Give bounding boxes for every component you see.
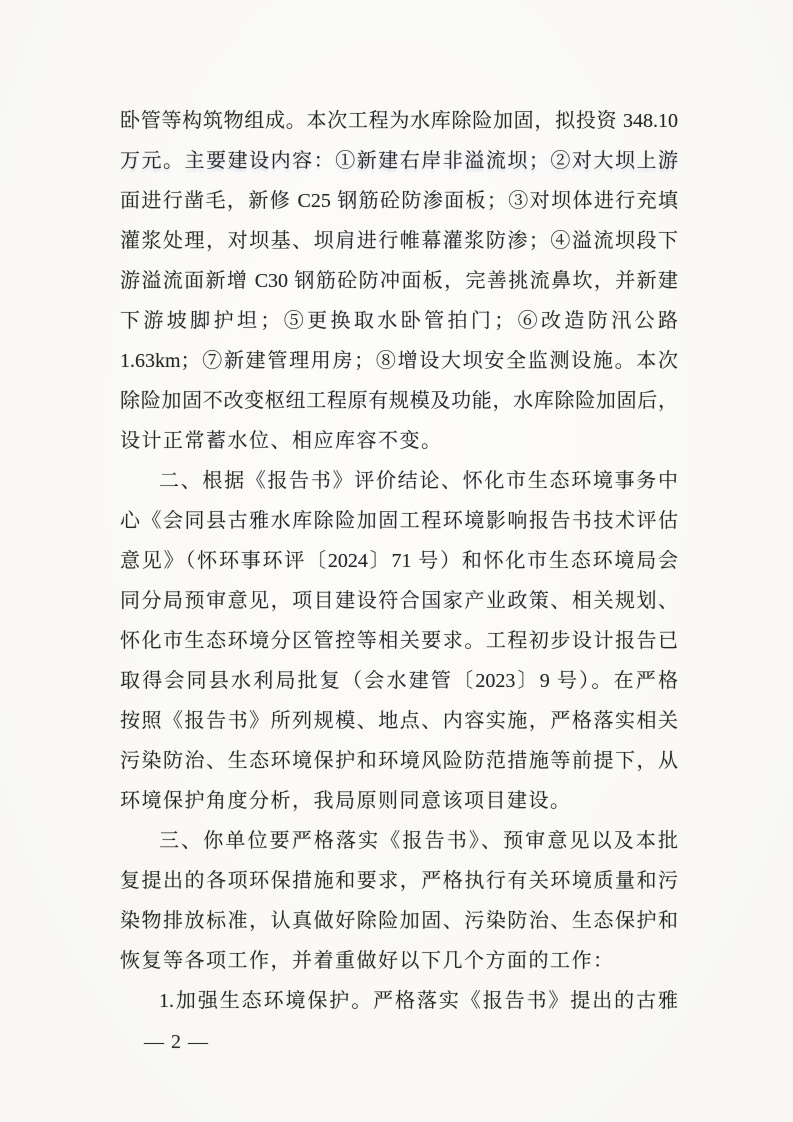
- text-line: 设计正常蓄水位、相应库容不变。: [120, 421, 678, 461]
- text-line: 面进行凿毛，新修 C25 钢筋砼防渗面板；③对坝体进行充填: [120, 181, 678, 221]
- text-line: 下游坡脚护坦；⑤更换取水卧管拍门；⑥改造防汛公路: [120, 301, 678, 341]
- text-line: 怀化市生态环境分区管控等相关要求。工程初步设计报告已: [120, 621, 678, 661]
- text-line: 三、你单位要严格落实《报告书》、预审意见以及本批: [120, 821, 678, 861]
- text-line: 心《会同县古雅水库除险加固工程环境影响报告书技术评估: [120, 501, 678, 541]
- text-line: 环境保护角度分析，我局原则同意该项目建设。: [120, 781, 678, 821]
- text-line: 卧管等构筑物组成。本次工程为水库除险加固，拟投资 348.10: [120, 101, 678, 141]
- text-line: 二、根据《报告书》评价结论、怀化市生态环境事务中: [120, 461, 678, 501]
- document-body: 卧管等构筑物组成。本次工程为水库除险加固，拟投资 348.10 万元。主要建设内…: [120, 101, 678, 1021]
- text-line: 污染防治、生态环境保护和环境风险防范措施等前提下，从: [120, 741, 678, 781]
- text-line: 1.63km；⑦新建管理用房；⑧增设大坝安全监测设施。本次: [120, 341, 678, 381]
- text-line: 取得会同县水利局批复（会水建管〔2023〕9 号）。在严格: [120, 661, 678, 701]
- text-line: 复提出的各项环保措施和要求，严格执行有关环境质量和污: [120, 861, 678, 901]
- text-line: 按照《报告书》所列规模、地点、内容实施，严格落实相关: [120, 701, 678, 741]
- document-page: 卧管等构筑物组成。本次工程为水库除险加固，拟投资 348.10 万元。主要建设内…: [0, 0, 793, 1122]
- text-line: 万元。主要建设内容：①新建右岸非溢流坝；②对大坝上游: [120, 141, 678, 181]
- text-line: 意见》（怀环事环评〔2024〕71 号）和怀化市生态环境局会: [120, 541, 678, 581]
- text-line: 游溢流面新增 C30 钢筋砼防冲面板，完善挑流鼻坎，并新建: [120, 261, 678, 301]
- text-line: 同分局预审意见，项目建设符合国家产业政策、相关规划、: [120, 581, 678, 621]
- text-line: 染物排放标准，认真做好除险加固、污染防治、生态保护和: [120, 901, 678, 941]
- text-line: 灌浆处理，对坝基、坝肩进行帷幕灌浆防渗；④溢流坝段下: [120, 221, 678, 261]
- text-line: 恢复等各项工作，并着重做好以下几个方面的工作：: [120, 941, 678, 981]
- text-line: 除险加固不改变枢纽工程原有规模及功能，水库除险加固后，: [120, 381, 678, 421]
- page-number: — 2 —: [144, 1030, 209, 1054]
- text-line: 1.加强生态环境保护。严格落实《报告书》提出的古雅: [120, 981, 678, 1021]
